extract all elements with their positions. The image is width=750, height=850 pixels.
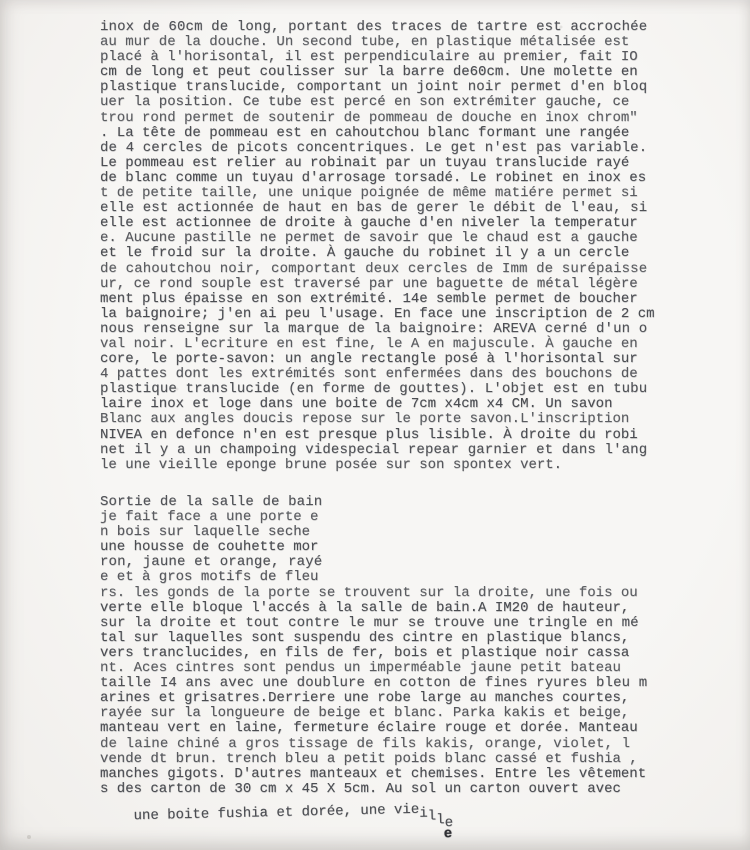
text-line: inox de 60cm de long, portant des traces… <box>100 20 655 35</box>
text-line: nt. Aces cintres sont pendus un imperméa… <box>100 661 647 676</box>
text-line: taille I4 ans avec une doublure en cotto… <box>100 676 647 691</box>
text-line: e. Aucune pastille ne permet de savoir q… <box>100 231 655 246</box>
text-line: et le froid sur la droite. À gauche du r… <box>100 246 655 261</box>
text-line: val noir. L'ecriture en est fine, le A e… <box>100 337 655 352</box>
tail-overstrike-letter: e <box>444 827 453 842</box>
tail-drop-letters: ille <box>419 801 453 818</box>
text-line: ur, ce rond souple est traversé par une … <box>100 277 655 292</box>
text-line: Blanc aux angles doucis repose sur le po… <box>100 412 655 427</box>
text-line: Sortie de la salle de bain <box>100 495 647 510</box>
text-line: vers tranclucides, en fils de fer, bois … <box>100 646 647 661</box>
text-line: nous renseigne sur la marque de la baign… <box>100 322 655 337</box>
text-line: de 4 cercles de picots concentriques. Le… <box>100 141 655 156</box>
text-line: net il y a un champoing videspecial repe… <box>100 443 655 458</box>
text-line: de laine chiné a gros tissage de fils ka… <box>100 737 647 752</box>
text-line: placé à l'horisontal, il est perpendicul… <box>100 50 655 65</box>
text-line: core, le porte-savon: un angle rectangle… <box>100 352 655 367</box>
text-line: e et à gros motifs de fleu <box>100 570 647 585</box>
text-line: le une vieille eponge brune posée sur so… <box>100 458 655 473</box>
text-line: sur la droite et tout contre le mur se t… <box>100 616 647 631</box>
text-line: uer la position. Ce tube est percé en so… <box>100 95 655 110</box>
paragraph-bathroom-description: inox de 60cm de long, portant des traces… <box>100 20 655 473</box>
text-line: t de petite taille, une unique poignée d… <box>100 186 655 201</box>
dropped-letter: l <box>428 809 437 824</box>
text-line: de cahoutchou noir, comportant deux cerc… <box>100 262 655 277</box>
dropped-letter: i <box>419 806 428 821</box>
tail-prefix: une boite fushia et dorée, une vie <box>133 802 419 824</box>
text-line: manches gigots. D'autres manteaux et che… <box>100 767 647 782</box>
text-line: 4 pattes dont les extrémités sont enferm… <box>100 367 655 382</box>
paragraph-hallway-description: Sortie de la salle de bainje fait face a… <box>100 495 647 797</box>
text-line: vende dt brun. trench bleu a petit poids… <box>100 752 647 767</box>
text-line: Le pommeau est relier au robinait par un… <box>100 156 655 171</box>
text-line: la baignoire; j'en ai peu l'usage. En fa… <box>100 307 655 322</box>
typewritten-page: inox de 60cm de long, portant des traces… <box>0 0 750 850</box>
text-line: au mur de la douche. Un second tube, en … <box>100 35 655 50</box>
text-line: tal sur laquelles sont suspendu des cint… <box>100 631 647 646</box>
text-line: manteau vert en laine, fermeture éclaire… <box>100 721 647 736</box>
paper-speckles <box>0 0 2 2</box>
text-line: NIVEA en defonce n'en est presque plus l… <box>100 428 655 443</box>
text-line: n bois sur laquelle seche <box>100 525 647 540</box>
text-line: verte elle bloque l'accés à la salle de … <box>100 601 647 616</box>
text-line: rayée sur la longueure de beige et blanc… <box>100 706 647 721</box>
text-line: trou rond permet de soutenir de pommeau … <box>100 111 655 126</box>
text-line: rs. les gonds de la porte se trouvent su… <box>100 586 647 601</box>
text-line: ment plus épaisse en son extrémité. 14e … <box>100 292 655 307</box>
text-line: elle est actionnée de haut en bas de ger… <box>100 201 655 216</box>
tail-line: une boite fushia et dorée, une vieillee <box>99 787 452 840</box>
text-line: plastique translucide (en forme de goutt… <box>100 382 655 397</box>
text-line: . La tête de pommeau est en cahoutchou b… <box>100 126 655 141</box>
text-line: je fait face a une porte e <box>100 510 647 525</box>
text-line: de blanc comme un tuyau d'arrosage torsa… <box>100 171 655 186</box>
